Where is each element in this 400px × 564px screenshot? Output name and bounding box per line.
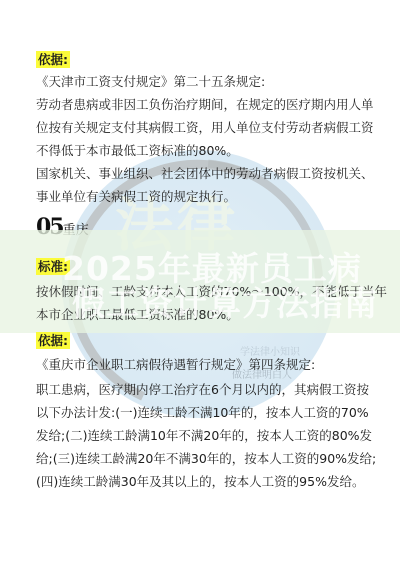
chongqing-basis-line-2: 职工患病，医疗期内停工治疗在6个月以内的，其病假工资按	[36, 380, 369, 398]
tianjin-basis-label: 依据:	[36, 50, 70, 68]
tianjin-line-1: 《天津市工资支付规定》第二十五条规定:	[36, 72, 265, 90]
highlight-label: 依据:	[36, 332, 70, 349]
chongqing-basis-line-6: (四)连续工龄满30年及其以上的，按本人工资的95%发给。	[36, 472, 364, 490]
overlay-title-line-2: 假工资计算方法指南	[72, 278, 372, 325]
tianjin-line-4: 不得低于本市最低工资标准的80%。	[36, 141, 239, 159]
tianjin-line-5: 国家机关、事业组织、社会团体中的劳动者病假工资按机关、	[36, 164, 374, 182]
chongqing-basis-line-1: 《重庆市企业职工病假待遇暂行规定》第四条规定:	[36, 355, 315, 373]
tianjin-line-6: 事业单位有关病假工资的规定执行。	[36, 187, 236, 205]
chongqing-basis-label: 依据:	[36, 331, 70, 349]
chongqing-basis-line-3: 以下办法计发:(一)连续工龄不满10年的，按本人工资的70%	[36, 403, 369, 421]
tianjin-line-2: 劳动者患病或非因工负伤治疗期间，在规定的医疗期内用人单	[36, 95, 374, 113]
tianjin-line-3: 位按有关规定支付其病假工资，用人单位支付劳动者病假工资	[36, 118, 374, 136]
highlight-label: 依据:	[36, 51, 70, 68]
chongqing-basis-line-5: 给;(三)连续工龄满20年不满30年的，按本人工资的90%发给;	[36, 449, 376, 467]
document-page: 法律 依据: 《天津市工资支付规定》第二十五条规定: 劳动者患病或非因工负伤治疗…	[0, 0, 400, 564]
chongqing-basis-line-4: 发给;(二)连续工龄满10年不满20年的，按本人工资的80%发	[36, 426, 372, 444]
